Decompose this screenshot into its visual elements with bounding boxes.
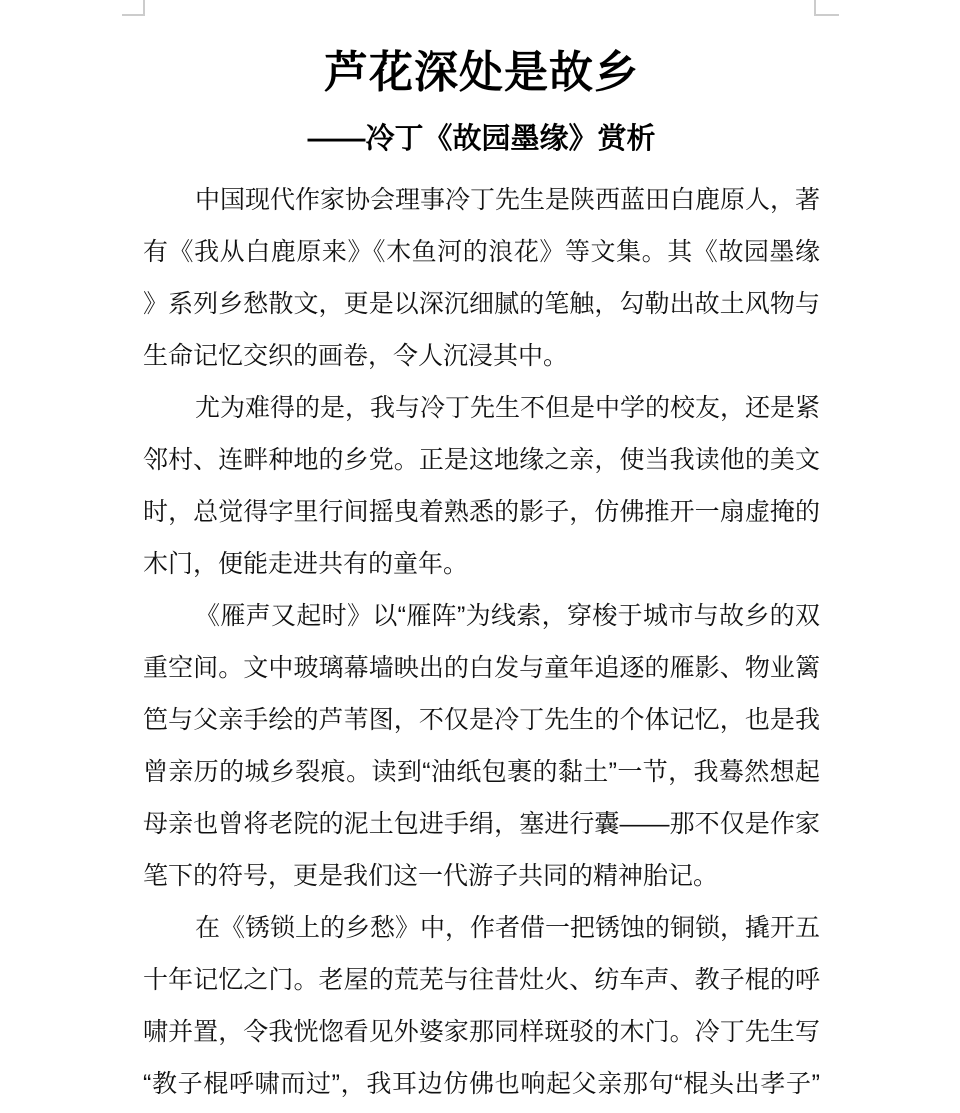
text-line: 曾亲历的城乡裂痕。读到“油纸包裹的黏土”一节，我蓦然想起: [143, 746, 820, 798]
margin-crop-mark-right: [814, 0, 839, 16]
text-line: 》系列乡愁散文，更是以深沉细腻的笔触，勾勒出故土风物与: [143, 278, 820, 330]
text-line: 有《我从白鹿原来》《木鱼河的浪花》等文集。其《故园墨缘: [143, 226, 820, 278]
text-line: 邻村、连畔种地的乡党。正是这地缘之亲，使当我读他的美文: [143, 434, 820, 486]
document-title: 芦花深处是故乡: [143, 44, 820, 102]
text-line: 生命记忆交织的画卷，令人沉浸其中。: [143, 330, 820, 382]
text-line: 啸并置，令我恍惚看见外婆家那同样斑驳的木门。冷丁先生写: [143, 1006, 820, 1058]
document-page: 芦花深处是故乡 ——冷丁《故园墨缘》赏析 中国现代作家协会理事冷丁先生是陕西蓝田…: [0, 0, 960, 1113]
text-line: 十年记忆之门。老屋的荒芜与往昔灶火、纺车声、教子棍的呼: [143, 954, 820, 1006]
document-body: 中国现代作家协会理事冷丁先生是陕西蓝田白鹿原人，著有《我从白鹿原来》《木鱼河的浪…: [143, 174, 820, 1110]
text-line: “教子棍呼啸而过”，我耳边仿佛也响起父亲那句“棍头出孝子”: [143, 1058, 820, 1110]
text-line: 母亲也曾将老院的泥土包进手绢，塞进行囊——那不仅是作家: [143, 798, 820, 850]
text-line: 木门，便能走进共有的童年。: [143, 538, 820, 590]
text-line: 笆与父亲手绘的芦苇图，不仅是冷丁先生的个体记忆，也是我: [143, 694, 820, 746]
text-line: 时，总觉得字里行间摇曳着熟悉的影子，仿佛推开一扇虚掩的: [143, 486, 820, 538]
text-line: 尤为难得的是，我与冷丁先生不但是中学的校友，还是紧: [143, 382, 820, 434]
text-line: 重空间。文中玻璃幕墙映出的白发与童年追逐的雁影、物业篱: [143, 642, 820, 694]
document-subtitle: ——冷丁《故园墨缘》赏析: [143, 118, 820, 160]
text-line: 笔下的符号，更是我们这一代游子共同的精神胎记。: [143, 850, 820, 902]
text-line: 在《锈锁上的乡愁》中，作者借一把锈蚀的铜锁，撬开五: [143, 902, 820, 954]
text-line: 《雁声又起时》以“雁阵”为线索，穿梭于城市与故乡的双: [143, 590, 820, 642]
margin-crop-mark-left: [122, 0, 145, 16]
text-line: 中国现代作家协会理事冷丁先生是陕西蓝田白鹿原人，著: [143, 174, 820, 226]
